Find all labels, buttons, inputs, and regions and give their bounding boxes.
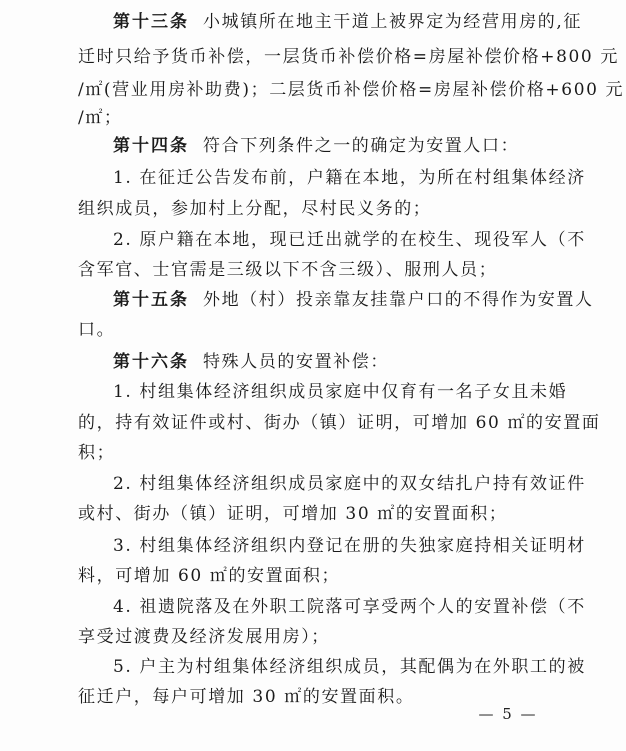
article-13-line-2: 迁时只给予货币补偿，一层货币补偿价格=房屋补偿价格+800 元	[78, 42, 550, 72]
article-16-item-5-line-1: 5. 户主为村组集体经济组织成员，其配偶为在外职工的被	[113, 652, 550, 682]
article-15-heading: 第十五条	[113, 290, 189, 310]
article-16-item-1-line-2: 的，持有效证件或村、街办（镇）证明，可增加 60 ㎡的安置面	[78, 408, 550, 438]
article-14-item-1-line-2: 组织成员，参加村上分配，尽村民义务的；	[78, 194, 550, 224]
article-13-line-1: 第十三条小城镇所在地主干道上被界定为经营用房的,征	[113, 7, 550, 37]
article-16-item-1-line-3: 积；	[78, 438, 550, 468]
article-16-line-1: 第十六条特殊人员的安置补偿：	[113, 347, 550, 377]
article-13-line-3: /㎡(营业用房补助费)；二层货币补偿价格=房屋补偿价格+600 元	[78, 75, 550, 105]
article-16-item-2-line-2: 或村、街办（镇）证明，可增加 30 ㎡的安置面积；	[78, 499, 550, 529]
article-14-item-2-line-2: 含军官、士官需是三级以下不含三级）、服刑人员；	[78, 255, 550, 285]
article-16-item-1-line-1: 1. 村组集体经济组织成员家庭中仅育有一名子女且未婚	[113, 377, 550, 407]
article-16-item-4-line-1: 4. 祖遗院落及在外职工院落可享受两个人的安置补偿（不	[113, 592, 550, 622]
article-13-text: 小城镇所在地主干道上被界定为经营用房的,征	[203, 12, 582, 32]
document-page: 第十三条小城镇所在地主干道上被界定为经营用房的,征 迁时只给予货币补偿，一层货币…	[0, 0, 626, 751]
article-15-line-1: 第十五条外地（村）投亲靠友挂靠户口的不得作为安置人	[113, 285, 550, 315]
article-16-item-4-line-2: 享受过渡费及经济发展用房）；	[78, 622, 550, 652]
page-number: — 5 —	[478, 701, 538, 727]
article-14-item-1-line-1: 1. 在征迁公告发布前，户籍在本地，为所在村组集体经济	[113, 163, 550, 193]
article-14-text: 符合下列条件之一的确定为安置人口：	[203, 136, 519, 156]
article-16-heading: 第十六条	[113, 352, 189, 372]
article-13-line-4: /㎡；	[78, 103, 550, 133]
article-16-item-3-line-1: 3. 村组集体经济组织内登记在册的失独家庭持相关证明材	[113, 531, 550, 561]
article-14-line-1: 第十四条符合下列条件之一的确定为安置人口：	[113, 131, 550, 161]
article-15-text: 外地（村）投亲靠友挂靠户口的不得作为安置人	[203, 290, 594, 310]
article-16-item-3-line-2: 料，可增加 60 ㎡的安置面积；	[78, 561, 550, 591]
article-13-heading: 第十三条	[113, 12, 189, 32]
article-14-item-2-line-1: 2. 原户籍在本地，现已迁出就学的在校生、现役军人（不	[113, 225, 550, 255]
article-15-line-2: 口。	[78, 315, 550, 345]
article-16-item-2-line-1: 2. 村组集体经济组织成员家庭中的双女结扎户持有效证件	[113, 469, 550, 499]
article-14-heading: 第十四条	[113, 136, 189, 156]
article-16-text: 特殊人员的安置补偿：	[203, 352, 389, 372]
